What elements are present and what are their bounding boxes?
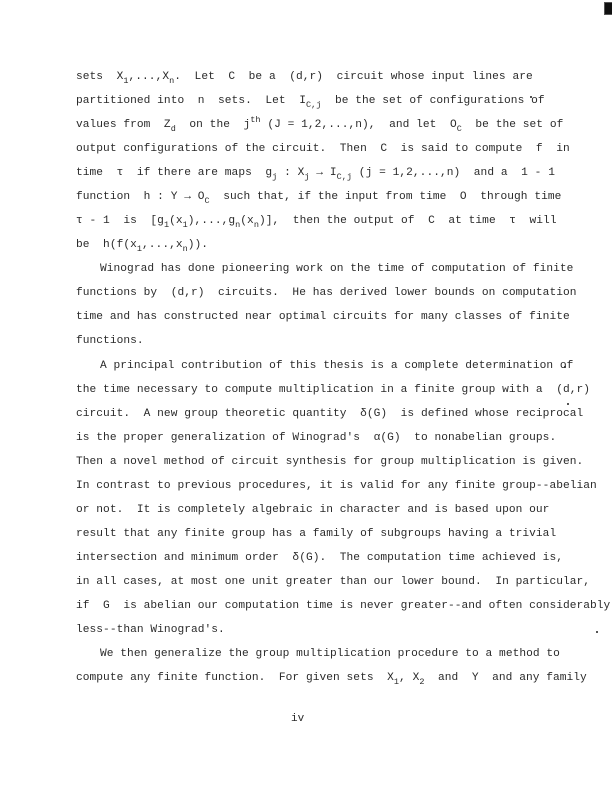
text-line: time and has constructed near optimal ci… bbox=[76, 310, 570, 324]
text-line: in all cases, at most one unit greater t… bbox=[76, 575, 590, 589]
text-line: τ - 1 is [g1(x1),...,gn(xn)], then the o… bbox=[76, 214, 557, 228]
text-line: or not. It is completely algebraic in ch… bbox=[76, 503, 549, 517]
text-line: We then generalize the group multiplicat… bbox=[100, 647, 560, 661]
text-line: compute any finite function. For given s… bbox=[76, 671, 587, 685]
text-line: the time necessary to compute multiplica… bbox=[76, 383, 590, 397]
text-line: circuit. A new group theoretic quantity … bbox=[76, 407, 583, 421]
text-line: functions. bbox=[76, 334, 144, 348]
text-line: sets X1,...,Xn. Let C be a (d,r) circuit… bbox=[76, 70, 533, 84]
text-line: In contrast to previous procedures, it i… bbox=[76, 479, 597, 493]
page-number: iv bbox=[291, 713, 304, 725]
text-line: output configurations of the circuit. Th… bbox=[76, 142, 570, 156]
text-line: less--than Winograd's. bbox=[76, 623, 225, 637]
text-line: A principal contribution of this thesis … bbox=[100, 359, 573, 373]
text-line: time τ if there are maps gj : Xj → IC,j … bbox=[76, 166, 555, 180]
text-line: Then a novel method of circuit synthesis… bbox=[76, 455, 583, 469]
scan-speck bbox=[596, 631, 598, 633]
text-line: is the proper generalization of Winograd… bbox=[76, 431, 556, 445]
text-line: function h : Y → OC such that, if the in… bbox=[76, 190, 561, 204]
text-line: intersection and minimum order δ(G). The… bbox=[76, 551, 563, 565]
text-line: partitioned into n sets. Let IC,j be the… bbox=[76, 94, 545, 108]
text-line: if G is abelian our computation time is … bbox=[76, 599, 610, 613]
scan-corner-mark bbox=[604, 2, 612, 15]
scan-speck bbox=[567, 403, 569, 405]
text-line: functions by (d,r) circuits. He has deri… bbox=[76, 286, 577, 300]
text-line: Winograd has done pioneering work on the… bbox=[100, 262, 573, 276]
text-line: be h(f(x1,...,xn)). bbox=[76, 238, 208, 252]
text-line: result that any finite group has a famil… bbox=[76, 527, 556, 541]
text-line: values from Zd on the jth (J = 1,2,...,n… bbox=[76, 118, 563, 132]
